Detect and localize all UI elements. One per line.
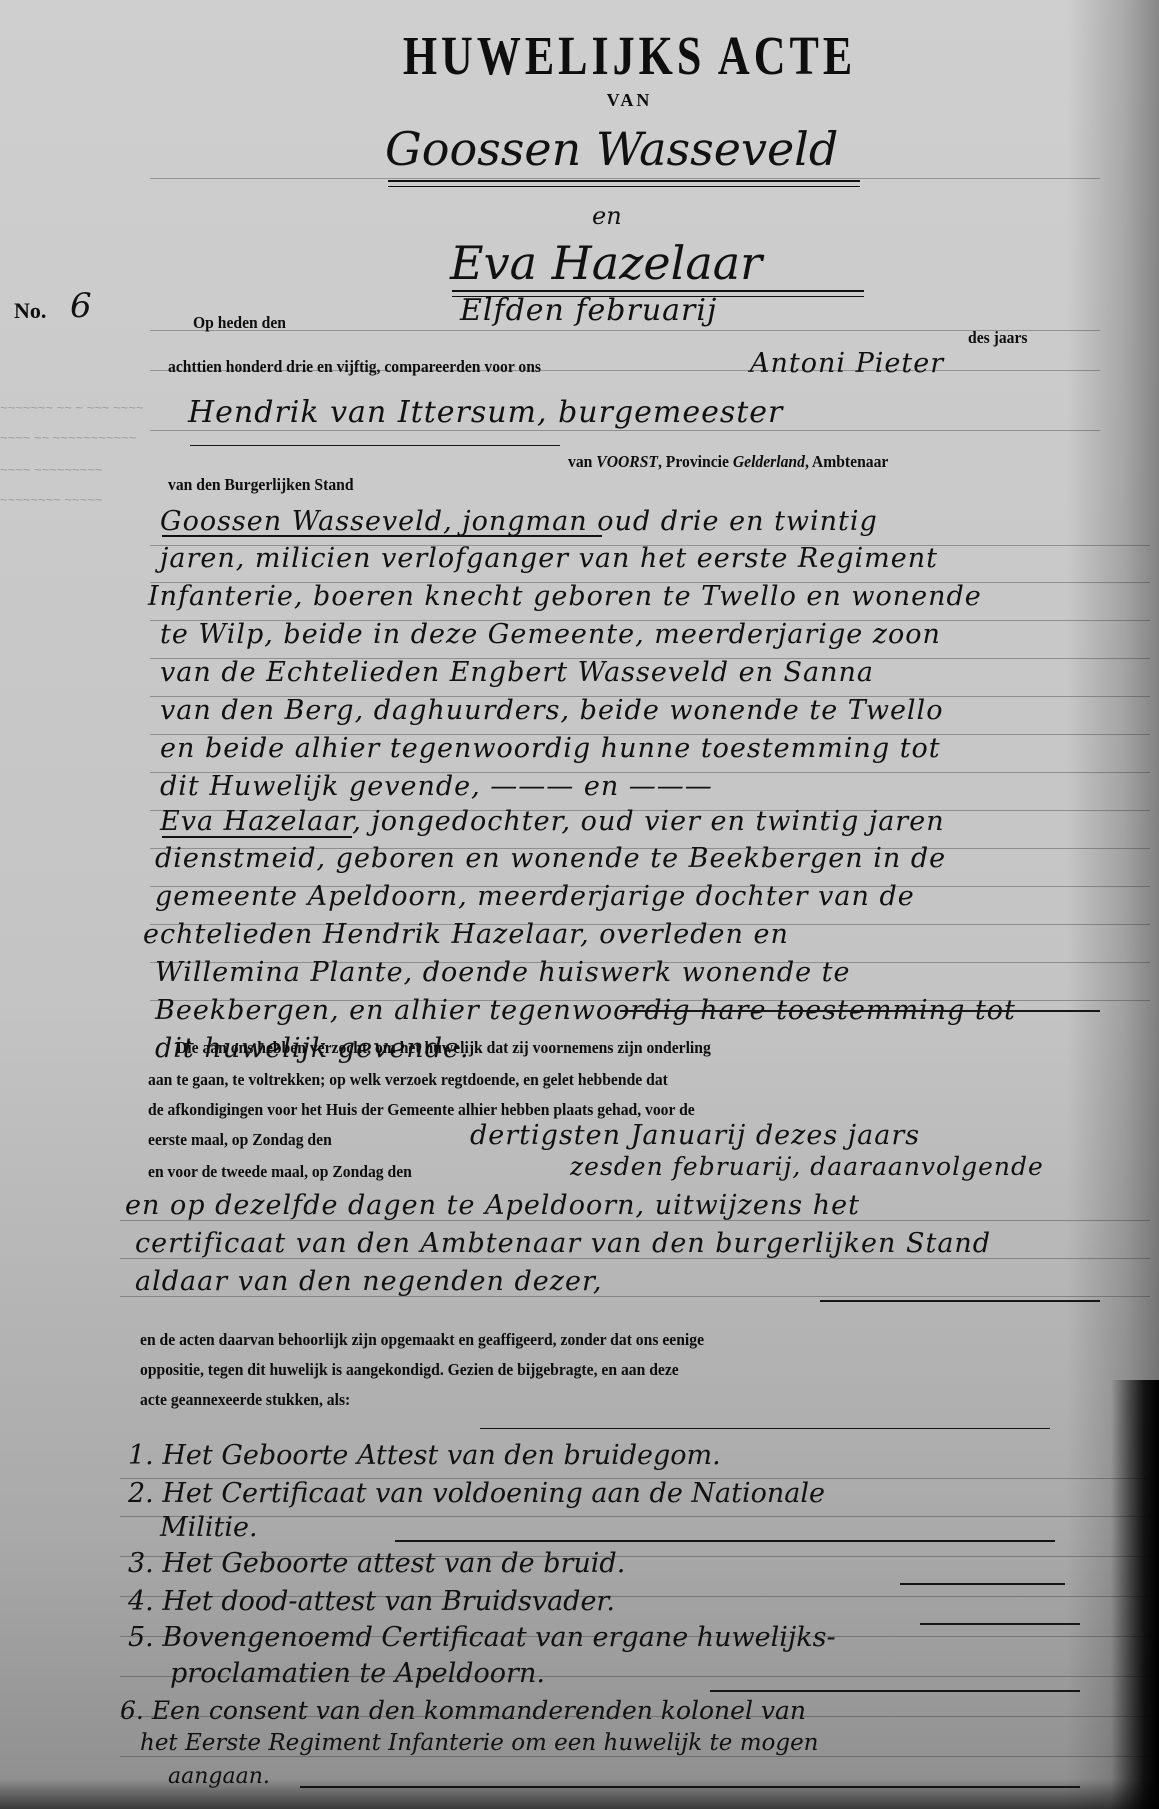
- groom-line: van de Echtelieden Engbert Wasseveld en …: [160, 657, 874, 688]
- groom-line: jaren, milicien verlofganger van het eer…: [160, 543, 938, 574]
- printed-second-proclamation-label: en voor de tweede maal, op Zondag den: [148, 1162, 412, 1182]
- fill-line: [820, 1300, 1100, 1302]
- bride-line: dienstmeid, geboren en wonende te Beekbe…: [155, 843, 946, 874]
- printed-des-jaars: des jaars: [968, 328, 1028, 348]
- groom-line: te Wilp, beide in deze Gemeente, meerder…: [160, 619, 941, 650]
- printed-closing-line: acte geannexeerde stukken, als:: [140, 1390, 350, 1410]
- first-proclamation-date: dertigsten Januarij dezes jaars: [470, 1120, 920, 1151]
- attachment-item: 6. Een consent van den kommanderenden ko…: [120, 1696, 806, 1725]
- fill-line: [900, 1583, 1065, 1585]
- bride-name-heading: Eva Hazelaar: [450, 236, 762, 290]
- attachment-item: het Eerste Regiment Infanterie om een hu…: [140, 1730, 819, 1756]
- groom-name-underline: [162, 535, 602, 537]
- printed-burgerlijke-stand: van den Burgerlijken Stand: [168, 475, 354, 495]
- scan-edge-shadow: [1111, 1380, 1159, 1809]
- attachment-text: Het Geboorte Attest van den bruidegom.: [162, 1440, 720, 1471]
- printed-request-line: Die aan ons hebben verzocht, om het huwe…: [176, 1038, 711, 1058]
- fill-line: [920, 1623, 1080, 1625]
- printed-year-line: achttien honderd drie en vijftig, compar…: [168, 357, 541, 377]
- groom-name-underline: [388, 180, 860, 182]
- marriage-date: Elfden februarij: [460, 293, 717, 328]
- attachment-text: Het Certificaat van voldoening aan de Na…: [162, 1478, 825, 1509]
- printed-closing-line: oppositie, tegen dit huwelijk is aangeko…: [140, 1360, 679, 1380]
- bride-name-underline: [452, 290, 864, 292]
- apeldoorn-line: en op dezelfde dagen te Apeldoorn, uitwi…: [125, 1190, 860, 1221]
- record-number-label: No.: [14, 298, 46, 324]
- fill-line: [710, 1690, 1080, 1692]
- record-number: 6: [70, 286, 92, 326]
- bride-line: gemeente Apeldoorn, meerderjarige dochte…: [155, 881, 915, 912]
- attachment-number: 5.: [128, 1622, 154, 1653]
- attachment-number: 4.: [128, 1586, 154, 1617]
- attachment-text: het Eerste Regiment Infanterie om een hu…: [140, 1730, 819, 1756]
- province: Gelderland: [733, 452, 805, 471]
- groom-line: Goossen Wasseveld, jongman oud drie en t…: [160, 506, 878, 537]
- second-proclamation-date: zesden februarij, daaraanvolgende: [570, 1152, 1044, 1181]
- fill-line: [620, 1010, 1100, 1012]
- bleed-through-text: ~~~~~~~~ ~~~~~: [0, 492, 102, 507]
- attachment-number: 1.: [128, 1440, 154, 1471]
- ruled-line: [120, 1516, 1150, 1517]
- attachment-text: Een consent van den kommanderenden kolon…: [152, 1696, 806, 1725]
- groom-name-underline: [388, 186, 860, 187]
- groom-line: en beide alhier tegenwoordig hunne toest…: [160, 733, 941, 764]
- printed-first-proclamation-label: eerste maal, op Zondag den: [148, 1130, 332, 1150]
- printed-closing-line: en de acten daarvan behoorlijk zijn opge…: [140, 1330, 704, 1350]
- printed-request-line: de afkondigingen voor het Huis der Gemee…: [148, 1100, 695, 1120]
- attachment-number: 6.: [120, 1696, 144, 1725]
- attachment-item: 5. Bovengenoemd Certificaat van ergane h…: [128, 1622, 836, 1653]
- ruled-line: [150, 178, 1100, 179]
- groom-line: van den Berg, daghuurders, beide wonende…: [160, 695, 943, 726]
- official-name-2: Hendrik van Ittersum, burgemeester: [188, 395, 783, 430]
- attachment-text: Bovengenoemd Certificaat van ergane huwe…: [162, 1622, 835, 1653]
- document-page: ~~~~~~~ ~~ ~ ~~~ ~~~~ ~~~~ ~~ ~~~~~~~~~~…: [0, 0, 1159, 1809]
- fill-line: [480, 1428, 1050, 1429]
- ruled-line: [120, 1756, 1150, 1757]
- bleed-through-text: ~~~~ ~~ ~~~~~~~~~~~: [0, 430, 136, 445]
- printed-request-line: aan te gaan, te voltrekken; op welk verz…: [148, 1070, 668, 1090]
- attachment-item: 2. Het Certificaat van voldoening aan de…: [128, 1478, 825, 1509]
- groom-line: Infanterie, boeren knecht geboren te Twe…: [148, 581, 982, 612]
- attachment-text: Militie.: [160, 1512, 258, 1543]
- fill-line: [395, 1540, 1055, 1542]
- document-title: HUWELIJKS ACTE: [50, 24, 1159, 88]
- bride-name-underline: [162, 836, 352, 838]
- attachment-text: Het dood-attest van Bruidsvader.: [162, 1586, 615, 1617]
- groom-line: dit Huwelijk gevende, ——— en ———: [160, 771, 713, 802]
- attachment-text: proclamatien te Apeldoorn.: [170, 1658, 545, 1689]
- apeldoorn-line: aldaar van den negenden dezer,: [135, 1266, 603, 1297]
- groom-name-heading: Goossen Wasseveld: [385, 122, 838, 176]
- attachment-number: 3.: [128, 1548, 154, 1579]
- bride-line: echtelieden Hendrik Hazelaar, overleden …: [143, 919, 789, 950]
- attachment-text: Het Geboorte attest van de bruid.: [162, 1548, 625, 1579]
- printed-op-heden: Op heden den: [193, 313, 286, 333]
- printed-provincie: , Provincie: [658, 452, 729, 471]
- bride-line: Eva Hazelaar, jongedochter, oud vier en …: [160, 806, 945, 837]
- municipality: VOORST: [596, 452, 658, 471]
- van-label: VAN: [50, 90, 1159, 111]
- printed-ambtenaar: , Ambtenaar: [805, 452, 888, 471]
- scan-bottom-shadow: [0, 1779, 1159, 1809]
- bride-line: Willemina Plante, doende huiswerk wonend…: [155, 957, 851, 988]
- printed-municipality-line: van VOORST, Provincie Gelderland, Ambten…: [568, 452, 888, 472]
- ruled-line: [150, 330, 1100, 331]
- attachment-item: 3. Het Geboorte attest van de bruid.: [128, 1548, 625, 1579]
- attachment-item: proclamatien te Apeldoorn.: [170, 1658, 545, 1689]
- attachment-item: Militie.: [160, 1512, 258, 1543]
- apeldoorn-line: certificaat van den Ambtenaar van den bu…: [135, 1228, 991, 1259]
- printed-van: van: [568, 452, 592, 471]
- attachment-number: 2.: [128, 1478, 154, 1509]
- attachment-item: 1. Het Geboorte Attest van den bruidegom…: [128, 1440, 721, 1471]
- official-name-1: Antoni Pieter: [750, 348, 944, 379]
- bleed-through-text: ~~~~ ~~~~~~~~~: [0, 462, 102, 477]
- fill-line: [190, 445, 560, 446]
- attachment-item: 4. Het dood-attest van Bruidsvader.: [128, 1586, 615, 1617]
- ruled-line: [150, 430, 1100, 431]
- en-label: en: [592, 202, 622, 230]
- bleed-through-text: ~~~~~~~ ~~ ~ ~~~ ~~~~: [0, 400, 144, 415]
